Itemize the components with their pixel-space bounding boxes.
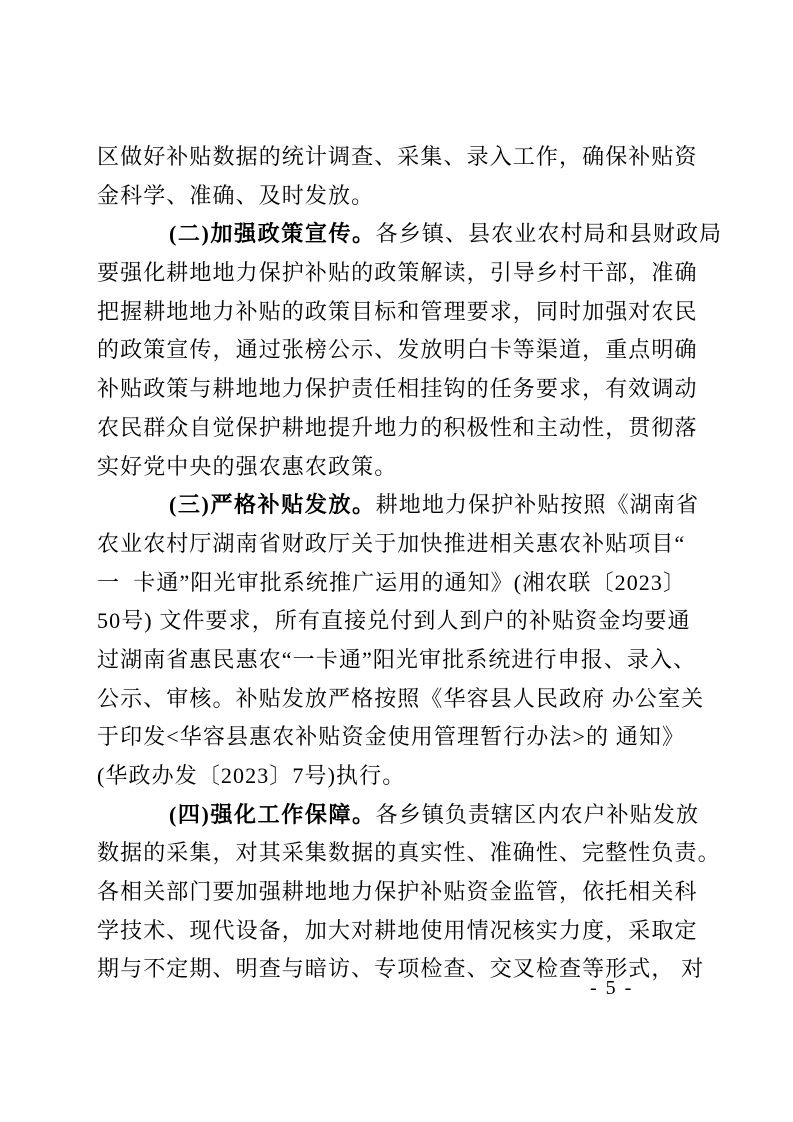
paragraph: (四)强化工作保障。各乡镇负责辖区内农户补贴发放数据的采集，对其采集数据的真实性… xyxy=(97,796,719,989)
text-line: 的政策宣传，通过张榜公示、发放明白卡等渠道，重点明确 xyxy=(97,331,719,370)
text-line-content: 要强化耕地地力保护补贴的政策解读，引导乡村干部，准确 xyxy=(97,260,698,285)
text-line: 补贴政策与耕地地力保护责任相挂钩的任务要求，有效调动 xyxy=(97,370,719,409)
text-line: 区做好补贴数据的统计调查、采集、录入工作，确保补贴资 xyxy=(97,138,719,177)
text-line-content: 公示、审核。补贴发放严格按照《华容县人民政府 办公室关 xyxy=(97,686,704,711)
text-line: 50号) 文件要求，所有直接兑付到人到户的补贴资金均要通 xyxy=(97,602,719,641)
text-line: 一 卡通”阳光审批系统推广运用的通知》(湘农联〔2023〕 xyxy=(97,564,719,603)
document-page: 区做好补贴数据的统计调查、采集、录入工作，确保补贴资金科学、准确、及时发放。(二… xyxy=(0,0,793,1122)
text-line-content: 数据的采集，对其采集数据的真实性、准确性、完整性负责。 xyxy=(97,840,721,865)
text-line: 公示、审核。补贴发放严格按照《华容县人民政府 办公室关 xyxy=(97,680,719,719)
text-line-content: 各乡镇、县农业农村局和县财政局 xyxy=(376,221,723,246)
text-line-content: 的政策宣传，通过张榜公示、发放明白卡等渠道，重点明确 xyxy=(97,337,698,362)
paragraph: (三)严格补贴发放。耕地地力保护补贴按照《湖南省农业农村厅湖南省财政厅关于加快推… xyxy=(97,486,719,796)
section-heading: (二)加强政策宣传。 xyxy=(169,221,376,246)
text-line-content: 各乡镇负责辖区内农户补贴发放 xyxy=(376,802,699,827)
text-line: 农民群众自觉保护耕地提升地力的积极性和主动性，贯彻落 xyxy=(97,409,719,448)
text-line-content: 农业农村厅湖南省财政厅关于加快推进相关惠农补贴项目“ xyxy=(97,531,685,556)
paragraph: (二)加强政策宣传。各乡镇、县农业农村局和县财政局要强化耕地地力保护补贴的政策解… xyxy=(97,215,719,486)
paragraph: 区做好补贴数据的统计调查、采集、录入工作，确保补贴资金科学、准确、及时发放。 xyxy=(97,138,719,215)
text-line: 于印发<华容县惠农补贴资金使用管理暂行办法>的 通知》 xyxy=(97,718,719,757)
text-line: (四)强化工作保障。各乡镇负责辖区内农户补贴发放 xyxy=(97,796,719,835)
text-line: 要强化耕地地力保护补贴的政策解读，引导乡村干部，准确 xyxy=(97,254,719,293)
text-line-content: (华政办发〔2023〕7号)执行。 xyxy=(97,763,405,788)
text-line: 过湖南省惠民惠农“一卡通”阳光审批系统进行申报、录入、 xyxy=(97,641,719,680)
text-line-content: 把握耕地地力补贴的政策目标和管理要求，同时加强对农民 xyxy=(97,299,698,324)
document-text-block: 区做好补贴数据的统计调查、采集、录入工作，确保补贴资金科学、准确、及时发放。(二… xyxy=(97,138,719,989)
text-line-content: 农民群众自觉保护耕地提升地力的积极性和主动性，贯彻落 xyxy=(97,415,698,440)
text-line-content: 金科学、准确、及时发放。 xyxy=(97,183,374,208)
text-line: 金科学、准确、及时发放。 xyxy=(97,177,719,216)
text-line-content: 于印发<华容县惠农补贴资金使用管理暂行办法>的 通知》 xyxy=(97,724,685,749)
text-line: 把握耕地地力补贴的政策目标和管理要求，同时加强对农民 xyxy=(97,293,719,332)
text-line: 数据的采集，对其采集数据的真实性、准确性、完整性负责。 xyxy=(97,834,719,873)
text-line-content: 耕地地力保护补贴按照《湖南省 xyxy=(376,492,699,517)
section-heading: (四)强化工作保障。 xyxy=(169,802,376,827)
text-line: (三)严格补贴发放。耕地地力保护补贴按照《湖南省 xyxy=(97,486,719,525)
text-line-content: 过湖南省惠民惠农“一卡通”阳光审批系统进行申报、录入、 xyxy=(97,647,696,672)
text-line: 各相关部门要加强耕地地力保护补贴资金监管，依托相关科 xyxy=(97,873,719,912)
text-line-content: 学技术、现代设备，加大对耕地使用情况核实力度，采取定 xyxy=(97,918,698,943)
text-line: 实好党中央的强农惠农政策。 xyxy=(97,448,719,487)
text-line-content: 50号) 文件要求，所有直接兑付到人到户的补贴资金均要通 xyxy=(97,608,691,633)
text-line-content: 区做好补贴数据的统计调查、采集、录入工作，确保补贴资 xyxy=(97,144,698,169)
text-line: (二)加强政策宣传。各乡镇、县农业农村局和县财政局 xyxy=(97,215,719,254)
text-line: 农业农村厅湖南省财政厅关于加快推进相关惠农补贴项目“ xyxy=(97,525,719,564)
section-heading: (三)严格补贴发放。 xyxy=(169,492,376,517)
text-line-content: 实好党中央的强农惠农政策。 xyxy=(97,454,397,479)
text-line-content: 各相关部门要加强耕地地力保护补贴资金监管，依托相关科 xyxy=(97,879,698,904)
text-line: 学技术、现代设备，加大对耕地使用情况核实力度，采取定 xyxy=(97,912,719,951)
text-line-content: 补贴政策与耕地地力保护责任相挂钩的任务要求，有效调动 xyxy=(97,376,698,401)
page-number: - 5 - xyxy=(590,976,633,1000)
text-line-content: 一 卡通”阳光审批系统推广运用的通知》(湘农联〔2023〕 xyxy=(97,570,686,595)
text-line: (华政办发〔2023〕7号)执行。 xyxy=(97,757,719,796)
